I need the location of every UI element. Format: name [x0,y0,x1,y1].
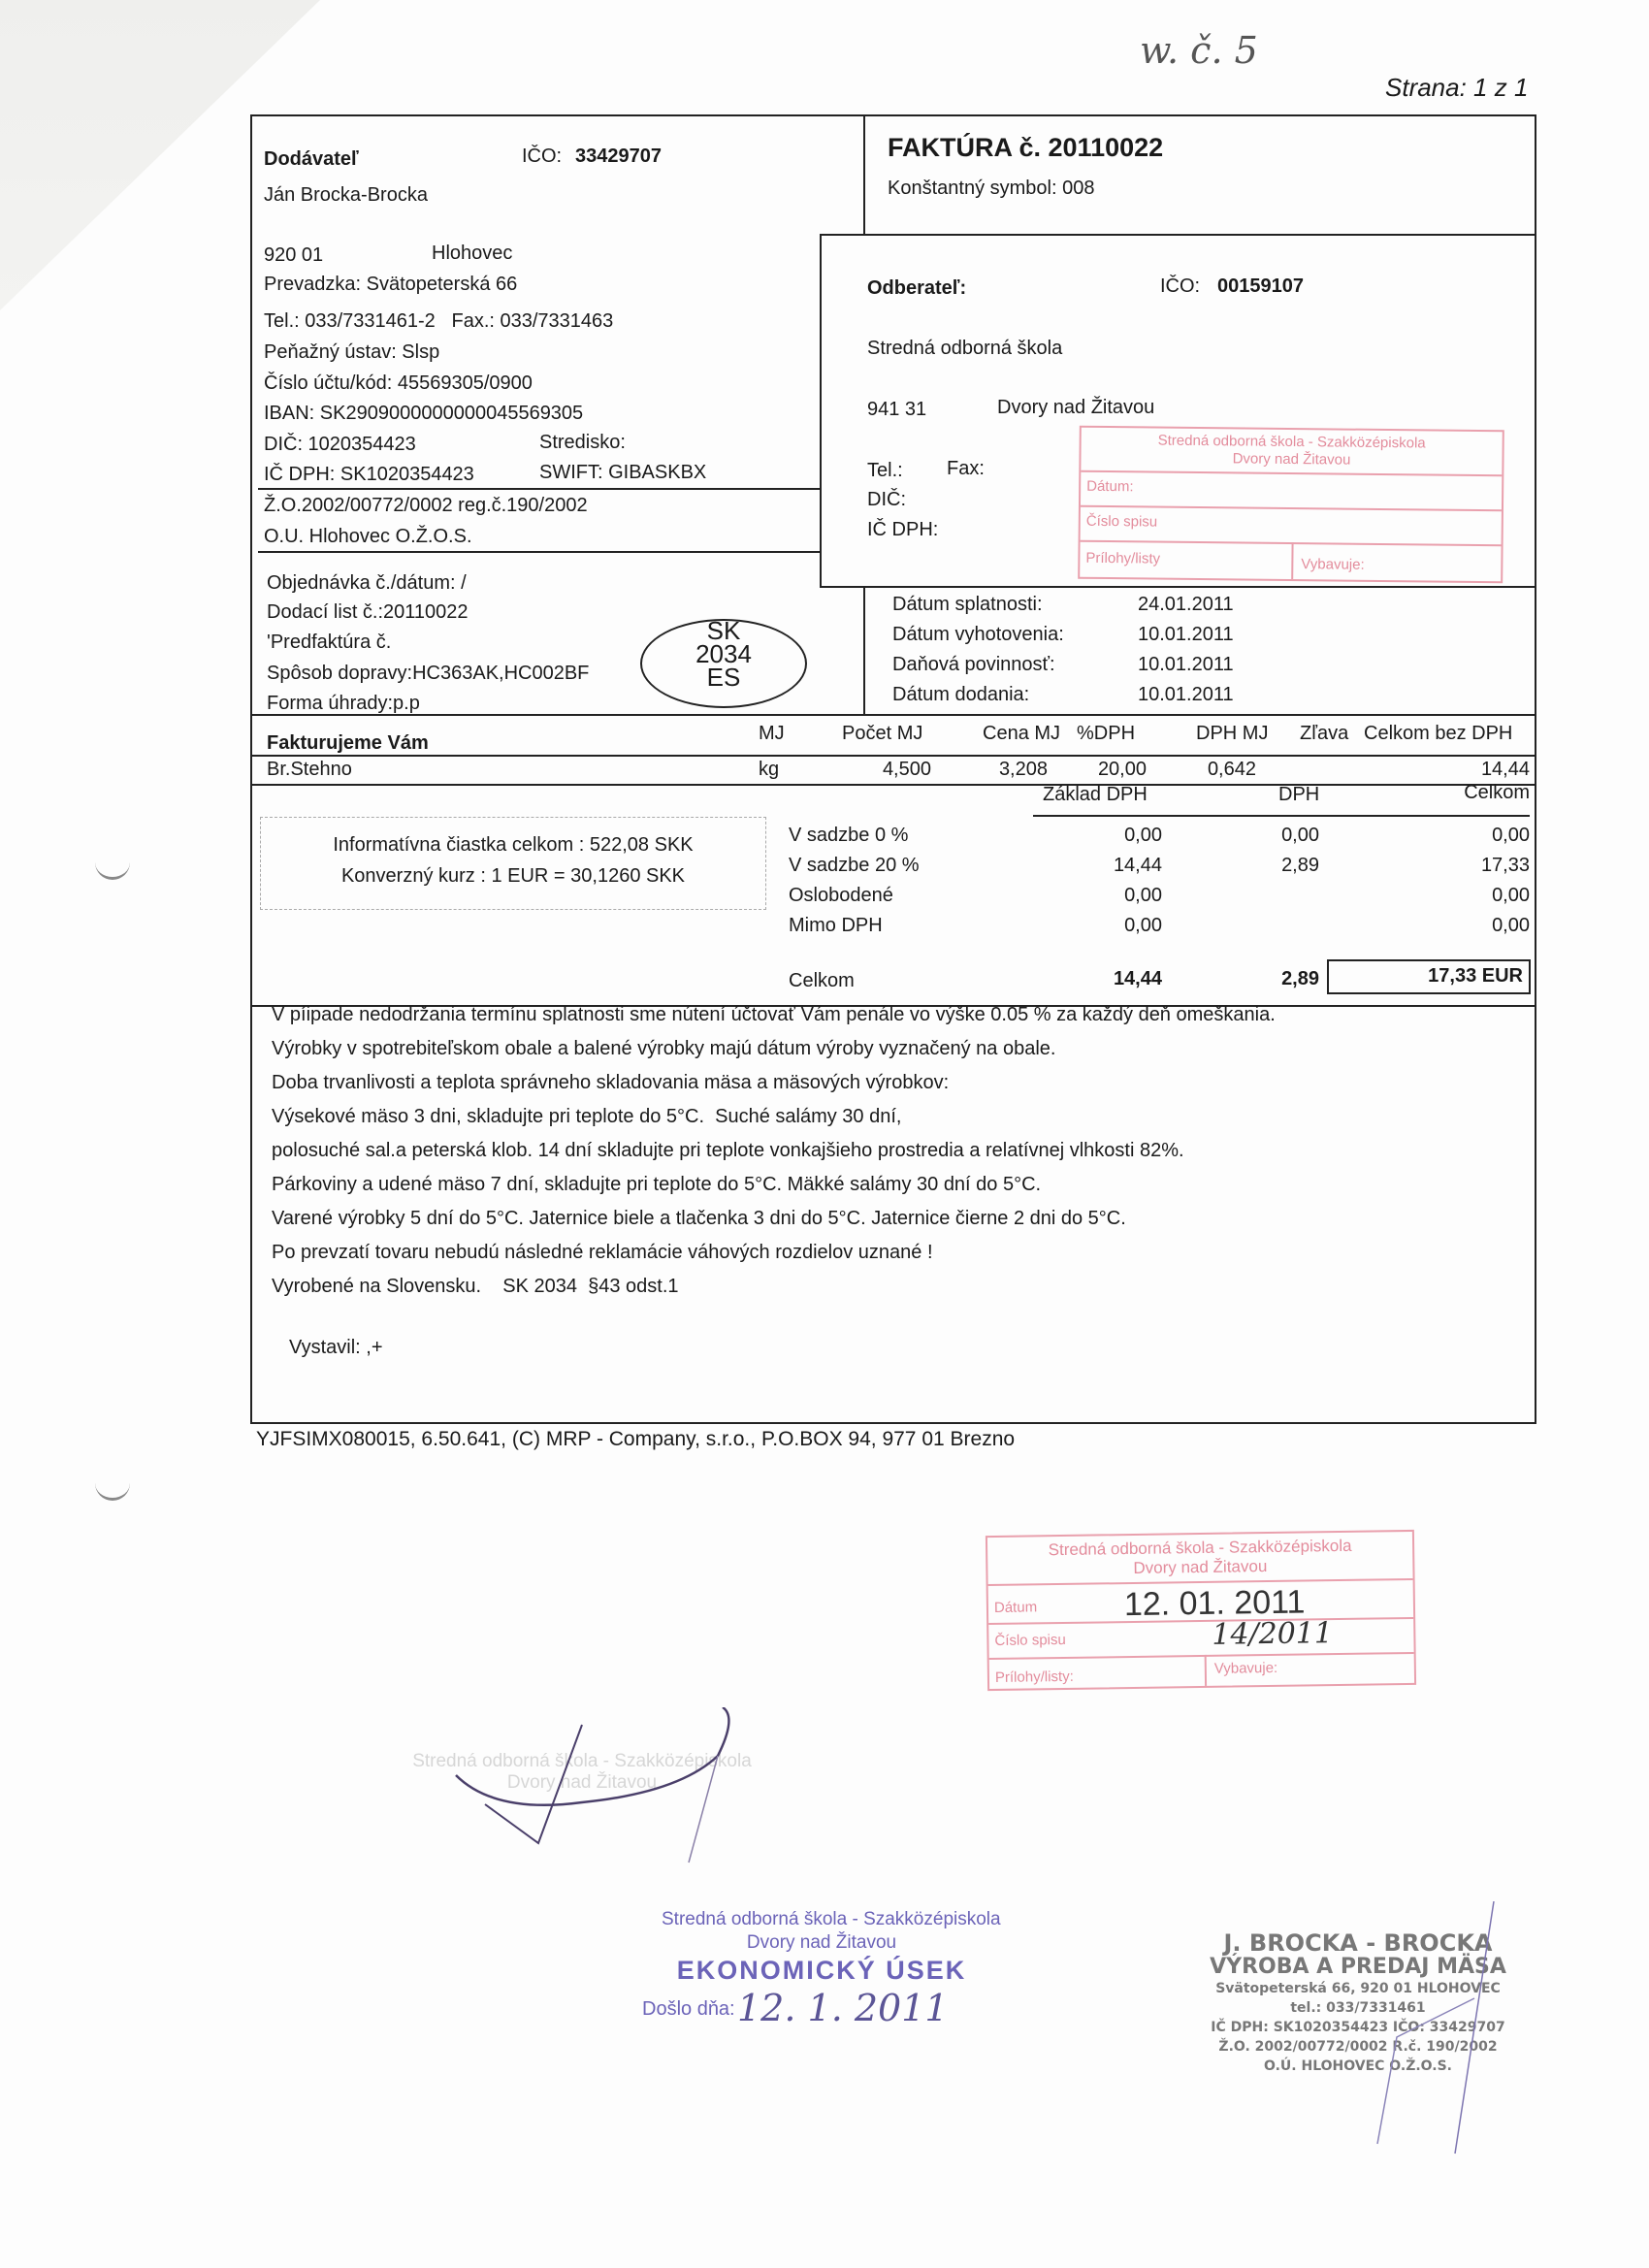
note-line: Párkoviny a udené mäso 7 dní, skladujte … [272,1174,1041,1196]
delivery-note: Dodací list č.:20110022 [267,601,469,624]
item-cell: 20,00 [1055,759,1147,781]
divider [250,784,1536,786]
items-header-discount: Zľava [1300,723,1348,745]
registry-stamp-top: Stredná odborná škola - Szakközépiskola … [1078,426,1504,584]
vat-row-total: 17,33 [1377,855,1530,877]
divider [258,488,821,490]
note-line: polosuché sal.a peterská klob. 14 dní sk… [272,1140,1184,1162]
company-signature [1339,1901,1533,2183]
vat-row-vat: 0,00 [1212,825,1319,847]
stamp-cislo-label: Číslo spisu [1086,513,1158,531]
customer-zip: 941 31 [867,399,926,421]
economic-stamp-received-value: 12. 1. 2011 [737,1987,949,2029]
software-footer: YJFSIMX080015, 6.50.641, (C) MRP - Compa… [256,1428,1015,1451]
date-label: Daňová povinnosť: [892,654,1055,676]
divider [250,714,1536,716]
stamp-datum-label: Dátum: [1086,478,1134,496]
vat-total-base: 14,44 [1009,968,1162,990]
item-cell: 4,500 [834,759,931,781]
customer-ico-label: IČO: [1160,275,1200,298]
item-cell: 14,44 [1377,759,1530,781]
supplier-registration: Ž.O.2002/00772/0002 reg.č.190/2002 [264,495,588,517]
date-value: 10.01.2011 [1138,624,1234,646]
punch-hole [95,854,130,880]
customer-fax: Fax: [947,458,985,480]
vat-row-label: Mimo DPH [789,915,883,937]
stamp-cislo-value: 14/2011 [1212,1616,1333,1652]
customer-label: Odberateľ: [867,277,966,300]
signature-mark [427,1707,737,1872]
stamp-vybavuje-label: Vybavuje: [1214,1660,1278,1677]
customer-name: Stredná odborná škola [867,338,1062,360]
stamp-prilohy-label: Prílohy/listy [1085,550,1160,567]
payment-method: Forma úhrady:p.p [267,693,420,715]
vat-row-base: 0,00 [1009,915,1162,937]
vat-row-label: V sadzbe 0 % [789,825,908,847]
customer-ico: 00159107 [1217,275,1304,298]
supplier-bank: Peňažný ústav: Slsp [264,341,439,364]
items-header-unit: MJ [759,723,785,745]
registry-stamp-bottom: Stredná odborná škola - Szakközépiskola … [986,1530,1416,1691]
order-number: Objednávka č./dátum: / [267,572,467,595]
vat-header-vat: DPH [1278,784,1319,806]
vat-row-total: 0,00 [1377,915,1530,937]
items-header-vat-unit: DPH MJ [1196,723,1268,745]
vat-row-base: 0,00 [1009,885,1162,907]
supplier-dic: DIČ: 1020354423 [264,434,416,456]
items-header-quantity: Počet MJ [842,723,922,745]
stamp-cislo-label: Číslo spisu [994,1632,1066,1649]
items-header-unit-price: Cena MJ [983,723,1060,745]
page-indicator: Strana: 1 z 1 [1385,73,1528,103]
stamp-datum-label: Dátum [994,1599,1037,1616]
info-amount: Informatívna čiastka celkom : 522,08 SKK [260,834,766,857]
supplier-stredisko: Stredisko: [539,432,626,454]
item-cell: 0,642 [1164,759,1256,781]
vat-row-label: Oslobodené [789,885,893,907]
note-line: Po prevzatí tovaru nebudú následné rekla… [272,1242,933,1264]
divider [250,755,1536,757]
vet-mark-ec: ES [640,665,807,689]
item-cell: kg [759,759,779,781]
supplier-ico-label: IČO: [522,146,562,168]
note-line: V píipade nedodržania termínu splatnosti… [272,1004,1276,1026]
vat-row-base: 0,00 [1009,825,1162,847]
vat-row-total: 0,00 [1377,885,1530,907]
vat-row-vat: 2,89 [1212,855,1319,877]
invoice-title: FAKTÚRA č. 20110022 [888,133,1163,163]
note-line: Varené výrobky 5 dní do 5°C. Jaternice b… [272,1208,1126,1230]
customer-city: Dvory nad Žitavou [997,397,1154,419]
vet-mark: SK 2034 ES [640,619,807,689]
stamp-place: Dvory nad Žitavou [1081,449,1502,470]
note-line: Výsekové mäso 3 dni, skladujte pri teplo… [272,1106,901,1128]
economic-stamp-org: Stredná odborná škola - Szakközépiskola [662,1909,982,1930]
supplier-office: O.U. Hlohovec O.Ž.O.S. [264,526,472,548]
stamp-prilohy-label: Prílohy/listy: [995,1669,1074,1686]
supplier-name: Ján Brocka-Brocka [264,184,428,207]
date-value: 24.01.2011 [1138,594,1234,616]
proforma: 'Predfaktúra č. [267,632,391,654]
supplier-ico: 33429707 [575,146,662,168]
note-line: Výrobky v spotrebiteľskom obale a balené… [272,1038,1055,1060]
supplier-phone-fax: Tel.: 033/7331461-2 Fax.: 033/7331463 [264,310,613,333]
handwritten-note: w. č. 5 [1140,29,1258,72]
divider [863,588,865,716]
date-label: Dátum splatnosti: [892,594,1043,616]
date-label: Dátum dodania: [892,684,1029,706]
customer-tel: Tel.: [867,460,903,482]
economic-stamp-received-label: Došlo dňa: [642,1998,735,2021]
issued-by: Vystavil: ,+ [289,1337,383,1359]
vat-row-base: 14,44 [1009,855,1162,877]
punch-hole [95,1474,130,1501]
supplier-swift: SWIFT: GIBASKBX [539,462,706,484]
grand-total: 17,33 EUR [1327,965,1523,988]
divider [1033,815,1530,817]
info-rate: Konverzný kurz : 1 EUR = 30,1260 SKK [260,865,766,888]
date-value: 10.01.2011 [1138,654,1234,676]
supplier-branch: Prevadzka: Svätopeterská 66 [264,274,517,296]
note-line: Doba trvanlivosti a teplota správneho sk… [272,1072,949,1094]
customer-dic: DIČ: [867,489,906,511]
vat-total-label: Celkom [789,970,855,992]
date-label: Dátum vyhotovenia: [892,624,1064,646]
vat-total-vat: 2,89 [1212,968,1319,990]
divider [863,114,865,236]
vat-row-label: V sadzbe 20 % [789,855,920,877]
economic-stamp-place: Dvory nad Žitavou [662,1932,982,1954]
info-box [260,817,766,910]
divider [258,551,821,553]
transport-method: Spôsob dopravy:HC363AK,HC002BF [267,663,589,685]
supplier-label: Dodávateľ [264,148,359,171]
vat-header-total: Celkom [1377,782,1530,804]
item-cell: 3,208 [951,759,1048,781]
items-header-total-excl-vat: Celkom bez DPH [1364,723,1512,745]
vat-row-total: 0,00 [1377,825,1530,847]
supplier-city: Hlohovec [432,243,512,265]
date-value: 10.01.2011 [1138,684,1234,706]
item-cell: Br.Stehno [267,759,352,781]
supplier-ic-dph: IČ DPH: SK1020354423 [264,464,474,486]
supplier-account: Číslo účtu/kód: 45569305/0900 [264,373,533,395]
customer-ic-dph: IČ DPH: [867,519,938,541]
supplier-iban: IBAN: SK2909000000000045569305 [264,403,583,425]
stamp-vybavuje-label: Vybavuje: [1301,556,1365,573]
vat-header-base: Základ DPH [1043,784,1148,806]
note-line: Vyrobené na Slovensku. SK 2034 §43 odst.… [272,1276,679,1298]
items-header-vat-rate: %DPH [1077,723,1135,745]
supplier-zip: 920 01 [264,244,323,267]
constant-symbol: Konštantný symbol: 008 [888,178,1094,200]
economic-stamp-dept: EKONOMICKÝ ÚSEK [662,1956,982,1986]
items-header-description: Fakturujeme Vám [267,732,429,755]
